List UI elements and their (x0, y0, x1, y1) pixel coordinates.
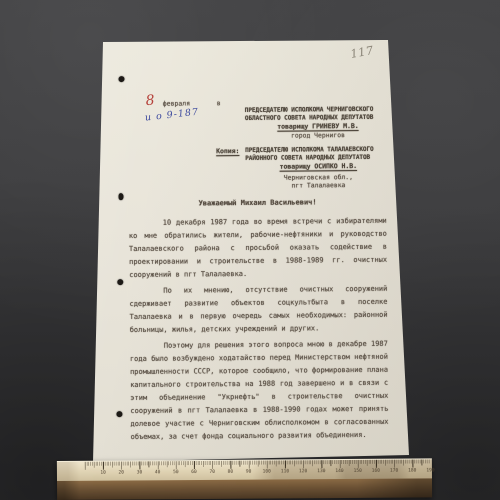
photo-background: 117 8 февраля в и о 9-187 ПРЕДСЕДАТЕЛЮ И… (0, 0, 500, 500)
ruler-number: 20 (112, 470, 130, 475)
ruler-number: 130 (312, 469, 330, 474)
punch-hole (116, 411, 122, 417)
ruler-number: 10 (94, 471, 112, 476)
letter-body: 10 декабря 1987 года во время встречи с … (129, 215, 389, 447)
copy-address-block: ПРЕДСЕДАТЕЛЮ ИСПОЛКОМА ТАЛАЛАЕВСКОГО РАЙ… (245, 146, 391, 191)
ruler-number: 190 (421, 468, 439, 473)
pencil-page-number: 117 (349, 43, 375, 61)
recipient-name: товарищу ГРИНЕВУ М.В. (245, 123, 391, 132)
ruler-number: 60 (185, 470, 203, 475)
punch-hole (118, 76, 124, 82)
ruler-number: 90 (239, 470, 257, 475)
ruler-number: 70 (203, 470, 221, 475)
paper-sheet: 117 8 февраля в и о 9-187 ПРЕДСЕДАТЕЛЮ И… (0, 0, 500, 500)
typed-date-mark: в (217, 99, 221, 107)
handwritten-date-day: 8 (145, 92, 155, 109)
ruler-number: 160 (367, 469, 385, 474)
recipient-address-block: ПРЕДСЕДАТЕЛЮ ИСПОЛКОМА ЧЕРНИГОВСКОГО ОБЛ… (245, 106, 391, 140)
ruler-number: 140 (330, 469, 348, 474)
ruler-number: 30 (130, 470, 148, 475)
ruler-number: 110 (276, 469, 294, 474)
ruler-scale-face: 1020304050607080901001101201301401501601… (57, 458, 432, 481)
paragraph-1: 10 декабря 1987 года во время встречи с … (129, 215, 388, 282)
ruler-number: 100 (258, 469, 276, 474)
ruler-number: 180 (403, 468, 421, 473)
recipient-city: город Чернигов (245, 131, 391, 140)
ruler-number: 40 (148, 470, 166, 475)
recipient-line2: ОБЛАСТНОГО СОВЕТА НАРОДНЫХ ДЕПУТАТОВ (245, 113, 391, 122)
ruler-number: 150 (349, 469, 367, 474)
copy-name: товарищу ОСИПКО Н.В. (245, 163, 391, 172)
ruler-number: 120 (294, 469, 312, 474)
wooden-ruler: 1020304050607080901001101201301401501601… (57, 458, 432, 499)
copy-label: Копия: (216, 147, 239, 155)
punch-hole (117, 279, 123, 285)
ruler-wood-edge (57, 478, 432, 500)
paragraph-3: Поэтому для решения этого вопроса мною в… (130, 338, 389, 444)
copy-line2: РАЙОННОГО СОВЕТА НАРОДНЫХ ДЕПУТАТОВ (245, 153, 391, 162)
handwritten-ref-number: и о 9-187 (144, 107, 199, 124)
paper-content: 117 8 февраля в и о 9-187 ПРЕДСЕДАТЕЛЮ И… (0, 0, 500, 500)
ruler-numbers: 1020304050607080901001101201301401501601… (94, 468, 440, 475)
typed-date-month: февраля (163, 99, 190, 107)
paragraph-2: По их мнению, отсутствие очистных сооруж… (129, 283, 387, 337)
ruler-number: 50 (167, 470, 185, 475)
copy-settlement: пгт Талалаевка (245, 182, 391, 191)
ruler-number: 170 (385, 469, 403, 474)
salutation: Уважаемый Михаил Васильевич! (129, 198, 387, 208)
punch-hole (119, 193, 124, 200)
ruler-number: 80 (221, 470, 239, 475)
